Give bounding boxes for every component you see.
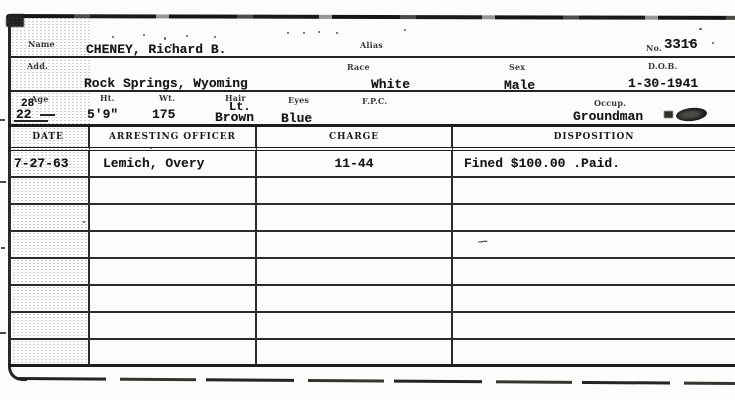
cell-charge: 11-44 [257,151,453,178]
address-value: Rock Springs, Wyoming [84,77,248,90]
cell-date [8,286,90,313]
cell-date [8,205,90,232]
scan-noise-dot [336,32,338,34]
scan-edge-tick [1,247,5,249]
height-label: Ht. [100,94,115,102]
cell-officer [90,313,257,340]
cell-date [8,340,90,367]
cell-charge [257,232,453,259]
cell-disposition [453,205,735,232]
scan-noise-dot [688,41,691,43]
cell-disposition [453,232,735,259]
cell-officer [90,205,257,232]
scan-noise-dot [404,29,406,31]
scan-noise-dot [143,34,145,36]
ink-stamp-smudge-icon [664,111,673,118]
scan-noise-dot [150,147,152,149]
cell-disposition [453,313,735,340]
scan-noise-dot [164,37,166,40]
cell-officer [90,178,257,205]
cell-date [8,178,90,205]
scan-noise-dot [83,221,85,223]
card-bottom-edge [18,377,735,385]
scan-edge-tick [0,181,6,183]
address-label: Add. [27,62,48,70]
cell-date [8,232,90,259]
scan-noise-dot [287,32,289,34]
cell-officer [90,340,257,367]
scan-noise-dot [712,42,714,44]
scan-noise-dot [186,35,188,37]
height-value: 5'9" [87,108,118,121]
age-underline-mark [14,120,48,122]
cell-disposition [453,340,735,367]
sex-label: Sex [509,63,525,71]
column-header-charge: CHARGE [257,127,453,151]
stray-pen-mark: ~~ [477,237,486,249]
scan-noise-dot [170,44,172,46]
card-top-edge [6,14,735,20]
cell-date: 7-27-63 [8,151,90,178]
weight-label: Wt. [159,94,175,102]
scan-noise-dot [303,32,305,34]
age-dash-mark [40,114,55,116]
arrest-history-table: DATE ARRESTING OFFICER CHARGE DISPOSITIO… [8,127,735,367]
cell-date [8,313,90,340]
occupation-label: Occup. [594,99,626,107]
eyes-value: Blue [281,112,312,125]
cell-disposition [453,178,735,205]
cell-charge [257,178,453,205]
name-value: CHENEY, Richard B. [86,43,226,56]
cell-officer [90,259,257,286]
scan-noise-dot [112,36,114,38]
case-number-value: 3316 [664,38,698,52]
cell-disposition [453,286,735,313]
scan-edge-tick [0,332,6,334]
cell-charge [257,313,453,340]
cell-officer: Lemich, Overy [90,151,257,178]
cell-disposition [453,259,735,286]
case-number-label: No. [646,44,662,52]
cell-officer [90,232,257,259]
cell-disposition: Fined $100.00 .Paid. [453,151,735,178]
cell-date [8,259,90,286]
scan-edge-tick [0,119,5,121]
sex-value: Male [504,79,535,92]
race-value: White [371,78,410,91]
column-header-disposition: DISPOSITION [453,127,735,151]
cell-officer [90,286,257,313]
scan-noise-dot [318,31,320,33]
ink-stamp-icon [675,106,707,122]
cell-charge [257,205,453,232]
arrest-record-card-scan: Name CHENEY, Richard B. Alias No. 3316 A… [0,0,735,400]
column-header-arresting-officer: ARRESTING OFFICER [90,127,257,151]
cell-charge [257,340,453,367]
dob-value: 1-30-1941 [628,77,698,90]
name-label: Name [28,40,55,48]
column-header-date: DATE [8,127,90,151]
hair-value-line2: Brown [215,111,254,124]
cell-charge [257,286,453,313]
occupation-value: Groundman [573,110,643,123]
race-label: Race [347,63,370,71]
scan-noise-dot [699,28,702,30]
alias-label: Alias [360,41,383,49]
dob-label: D.O.B. [648,62,677,70]
weight-value: 175 [152,108,175,121]
cell-charge [257,259,453,286]
fpc-label: F.P.C. [362,97,387,105]
scan-noise-dot [214,36,216,38]
eyes-label: Eyes [288,96,309,104]
